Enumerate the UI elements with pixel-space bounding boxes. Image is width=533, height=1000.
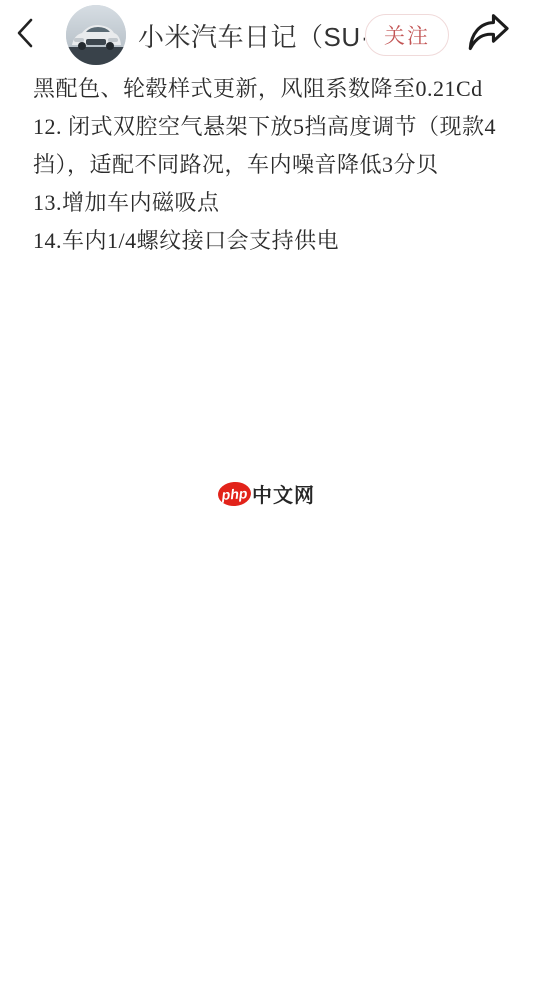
- share-arrow-icon: [466, 13, 510, 58]
- article-line: 14.车内1/4螺纹接口会支持供电: [33, 222, 500, 260]
- chevron-left-icon: [16, 17, 34, 54]
- article-line: 黑配色、轮毂样式更新，风阻系数降至0.21Cd: [33, 70, 500, 108]
- car-avatar-icon: [66, 5, 126, 65]
- article-paragraph: 13.增加车内磁吸点: [33, 184, 500, 222]
- share-button[interactable]: [465, 12, 511, 58]
- article-body: 黑配色、轮毂样式更新，风阻系数降至0.21Cd 12. 闭式双腔空气悬架下放5挡…: [0, 70, 533, 1000]
- follow-button[interactable]: 关注: [365, 14, 449, 56]
- article-line: 12. 闭式双腔空气悬架下放5挡高度调节（现款4: [33, 108, 500, 146]
- article-line: 挡），适配不同路况，车内噪音降低3分贝: [33, 146, 500, 184]
- back-button[interactable]: [16, 18, 42, 52]
- article-paragraph: 12. 闭式双腔空气悬架下放5挡高度调节（现款4 挡），适配不同路况，车内噪音降…: [33, 108, 500, 184]
- header: 小米汽车日记（SU··· 关注: [0, 0, 533, 70]
- post-detail-screen: 小米汽车日记（SU··· 关注 黑配色、轮毂样式更新，风阻系数降至0.21Cd …: [0, 0, 533, 1000]
- article-line: 13.增加车内磁吸点: [33, 184, 500, 222]
- article-paragraph: 14.车内1/4螺纹接口会支持供电: [33, 222, 500, 260]
- article-paragraph: 黑配色、轮毂样式更新，风阻系数降至0.21Cd: [33, 70, 500, 108]
- avatar[interactable]: [66, 5, 126, 65]
- page-title: 小米汽车日记（SU···: [138, 17, 365, 54]
